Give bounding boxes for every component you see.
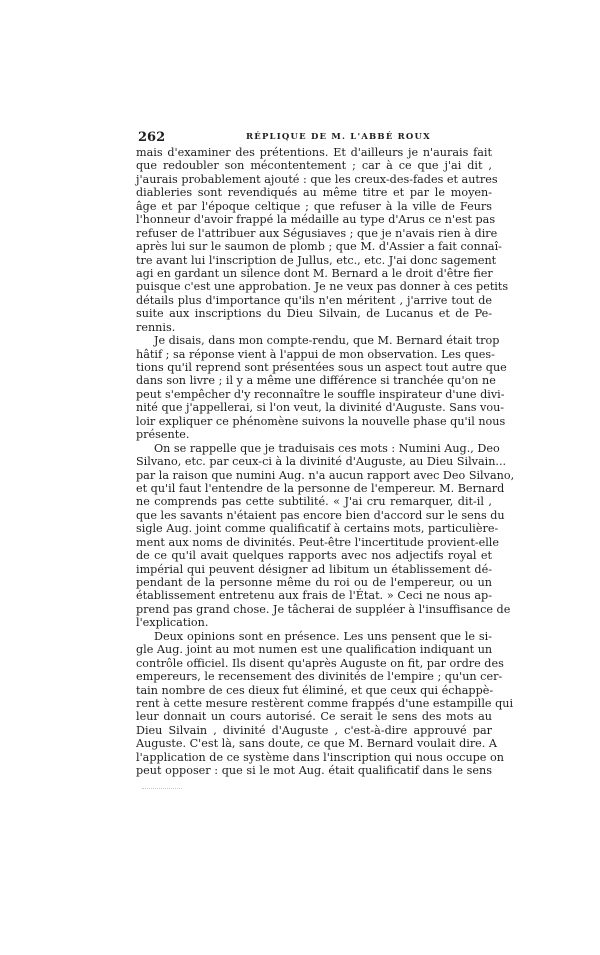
text-line: et qu'il faut l'entendre de la personne … xyxy=(136,482,492,495)
text-line: âge et par l'époque celtique ; que refus… xyxy=(136,200,492,213)
text-line: après lui sur le saumon de plomb ; que M… xyxy=(136,240,492,253)
text-line: par la raison que numini Aug. n'a aucun … xyxy=(136,469,492,482)
text-line: l'honneur d'avoir frappé la médaille au … xyxy=(136,213,492,226)
text-line: nité que j'appellerai, si l'on veut, la … xyxy=(136,401,492,414)
running-head: 262 RÉPLIQUE DE M. L'ABBÉ ROUX xyxy=(136,128,492,146)
text-line: peut s'empêcher d'y reconnaître le souff… xyxy=(136,388,492,401)
text-line: contrôle officiel. Ils disent qu'après A… xyxy=(136,657,492,670)
text-line: impérial qui peuvent désigner ad libitum… xyxy=(136,563,492,576)
text-line: pendant de la personne même du roi ou de… xyxy=(136,576,492,589)
text-line: ne comprends pas cette subtilité. « J'ai… xyxy=(136,495,492,508)
page-number: 262 xyxy=(138,130,165,145)
text-line: ment aux noms de divinités. Peut-être l'… xyxy=(136,536,492,549)
text-line: détails plus d'importance qu'ils n'en mé… xyxy=(136,294,492,307)
text-line: leur donnait un cours autorisé. Ce serai… xyxy=(136,710,492,723)
text-line: établissement entretenu aux frais de l'É… xyxy=(136,589,492,602)
text-line: peut opposer : que si le mot Aug. était … xyxy=(136,764,492,777)
text-line: présente. xyxy=(136,428,492,441)
text-line: Auguste. C'est là, sans doute, ce que M.… xyxy=(136,737,492,750)
text-line: prend pas grand chose. Je tâcherai de su… xyxy=(136,603,492,616)
text-line: puisque c'est une approbation. Je ne veu… xyxy=(136,280,492,293)
text-line: Dieu Silvain , divinité d'Auguste , c'es… xyxy=(136,724,492,737)
text-line: diableries sont revendiqués au même titr… xyxy=(136,186,492,199)
running-title: RÉPLIQUE DE M. L'ABBÉ ROUX xyxy=(246,132,431,142)
text-line: Deux opinions sont en présence. Les uns … xyxy=(136,630,492,643)
text-line: l'explication. xyxy=(136,616,492,629)
text-line: rennis. xyxy=(136,321,492,334)
body-text: mais d'examiner des prétentions. Et d'ai… xyxy=(136,146,492,778)
text-line: On se rappelle que je traduisais ces mot… xyxy=(136,442,492,455)
text-line: mais d'examiner des prétentions. Et d'ai… xyxy=(136,146,492,159)
text-line: tre avant lui l'inscription de Jullus, e… xyxy=(136,254,492,267)
text-line: tions qu'il reprend sont présentées sous… xyxy=(136,361,492,374)
text-line: gle Aug. joint au mot numen est une qual… xyxy=(136,643,492,656)
text-line: que redoubler son mécontentement ; car à… xyxy=(136,159,492,172)
text-line: j'aurais probablement ajouté : que les c… xyxy=(136,173,492,186)
text-line: que les savants n'étaient pas encore bie… xyxy=(136,509,492,522)
text-line: agi en gardant un silence dont M. Bernar… xyxy=(136,267,492,280)
text-line: Je disais, dans mon compte-rendu, que M.… xyxy=(136,334,492,347)
document-page: 262 RÉPLIQUE DE M. L'ABBÉ ROUX mais d'ex… xyxy=(136,128,492,778)
text-line: tain nombre de ces dieux fut éliminé, et… xyxy=(136,684,492,697)
text-line: refuser de l'attribuer aux Ségusiaves ; … xyxy=(136,227,492,240)
text-line: hâtif ; sa réponse vient à l'appui de mo… xyxy=(136,348,492,361)
text-line: Silvano, etc. par ceux-ci à la divinité … xyxy=(136,455,492,468)
text-line: suite aux inscriptions du Dieu Silvain, … xyxy=(136,307,492,320)
text-line: empereurs, le recensement des divinités … xyxy=(136,670,492,683)
footer-rule xyxy=(142,788,182,791)
text-line: de ce qu'il avait quelques rapports avec… xyxy=(136,549,492,562)
text-line: sigle Aug. joint comme qualificatif à ce… xyxy=(136,522,492,535)
text-line: rent à cette mesure restèrent comme frap… xyxy=(136,697,492,710)
text-line: l'application de ce système dans l'inscr… xyxy=(136,751,492,764)
text-line: loir expliquer ce phénomène suivons la n… xyxy=(136,415,492,428)
text-line: dans son livre ; il y a même une différe… xyxy=(136,374,492,387)
